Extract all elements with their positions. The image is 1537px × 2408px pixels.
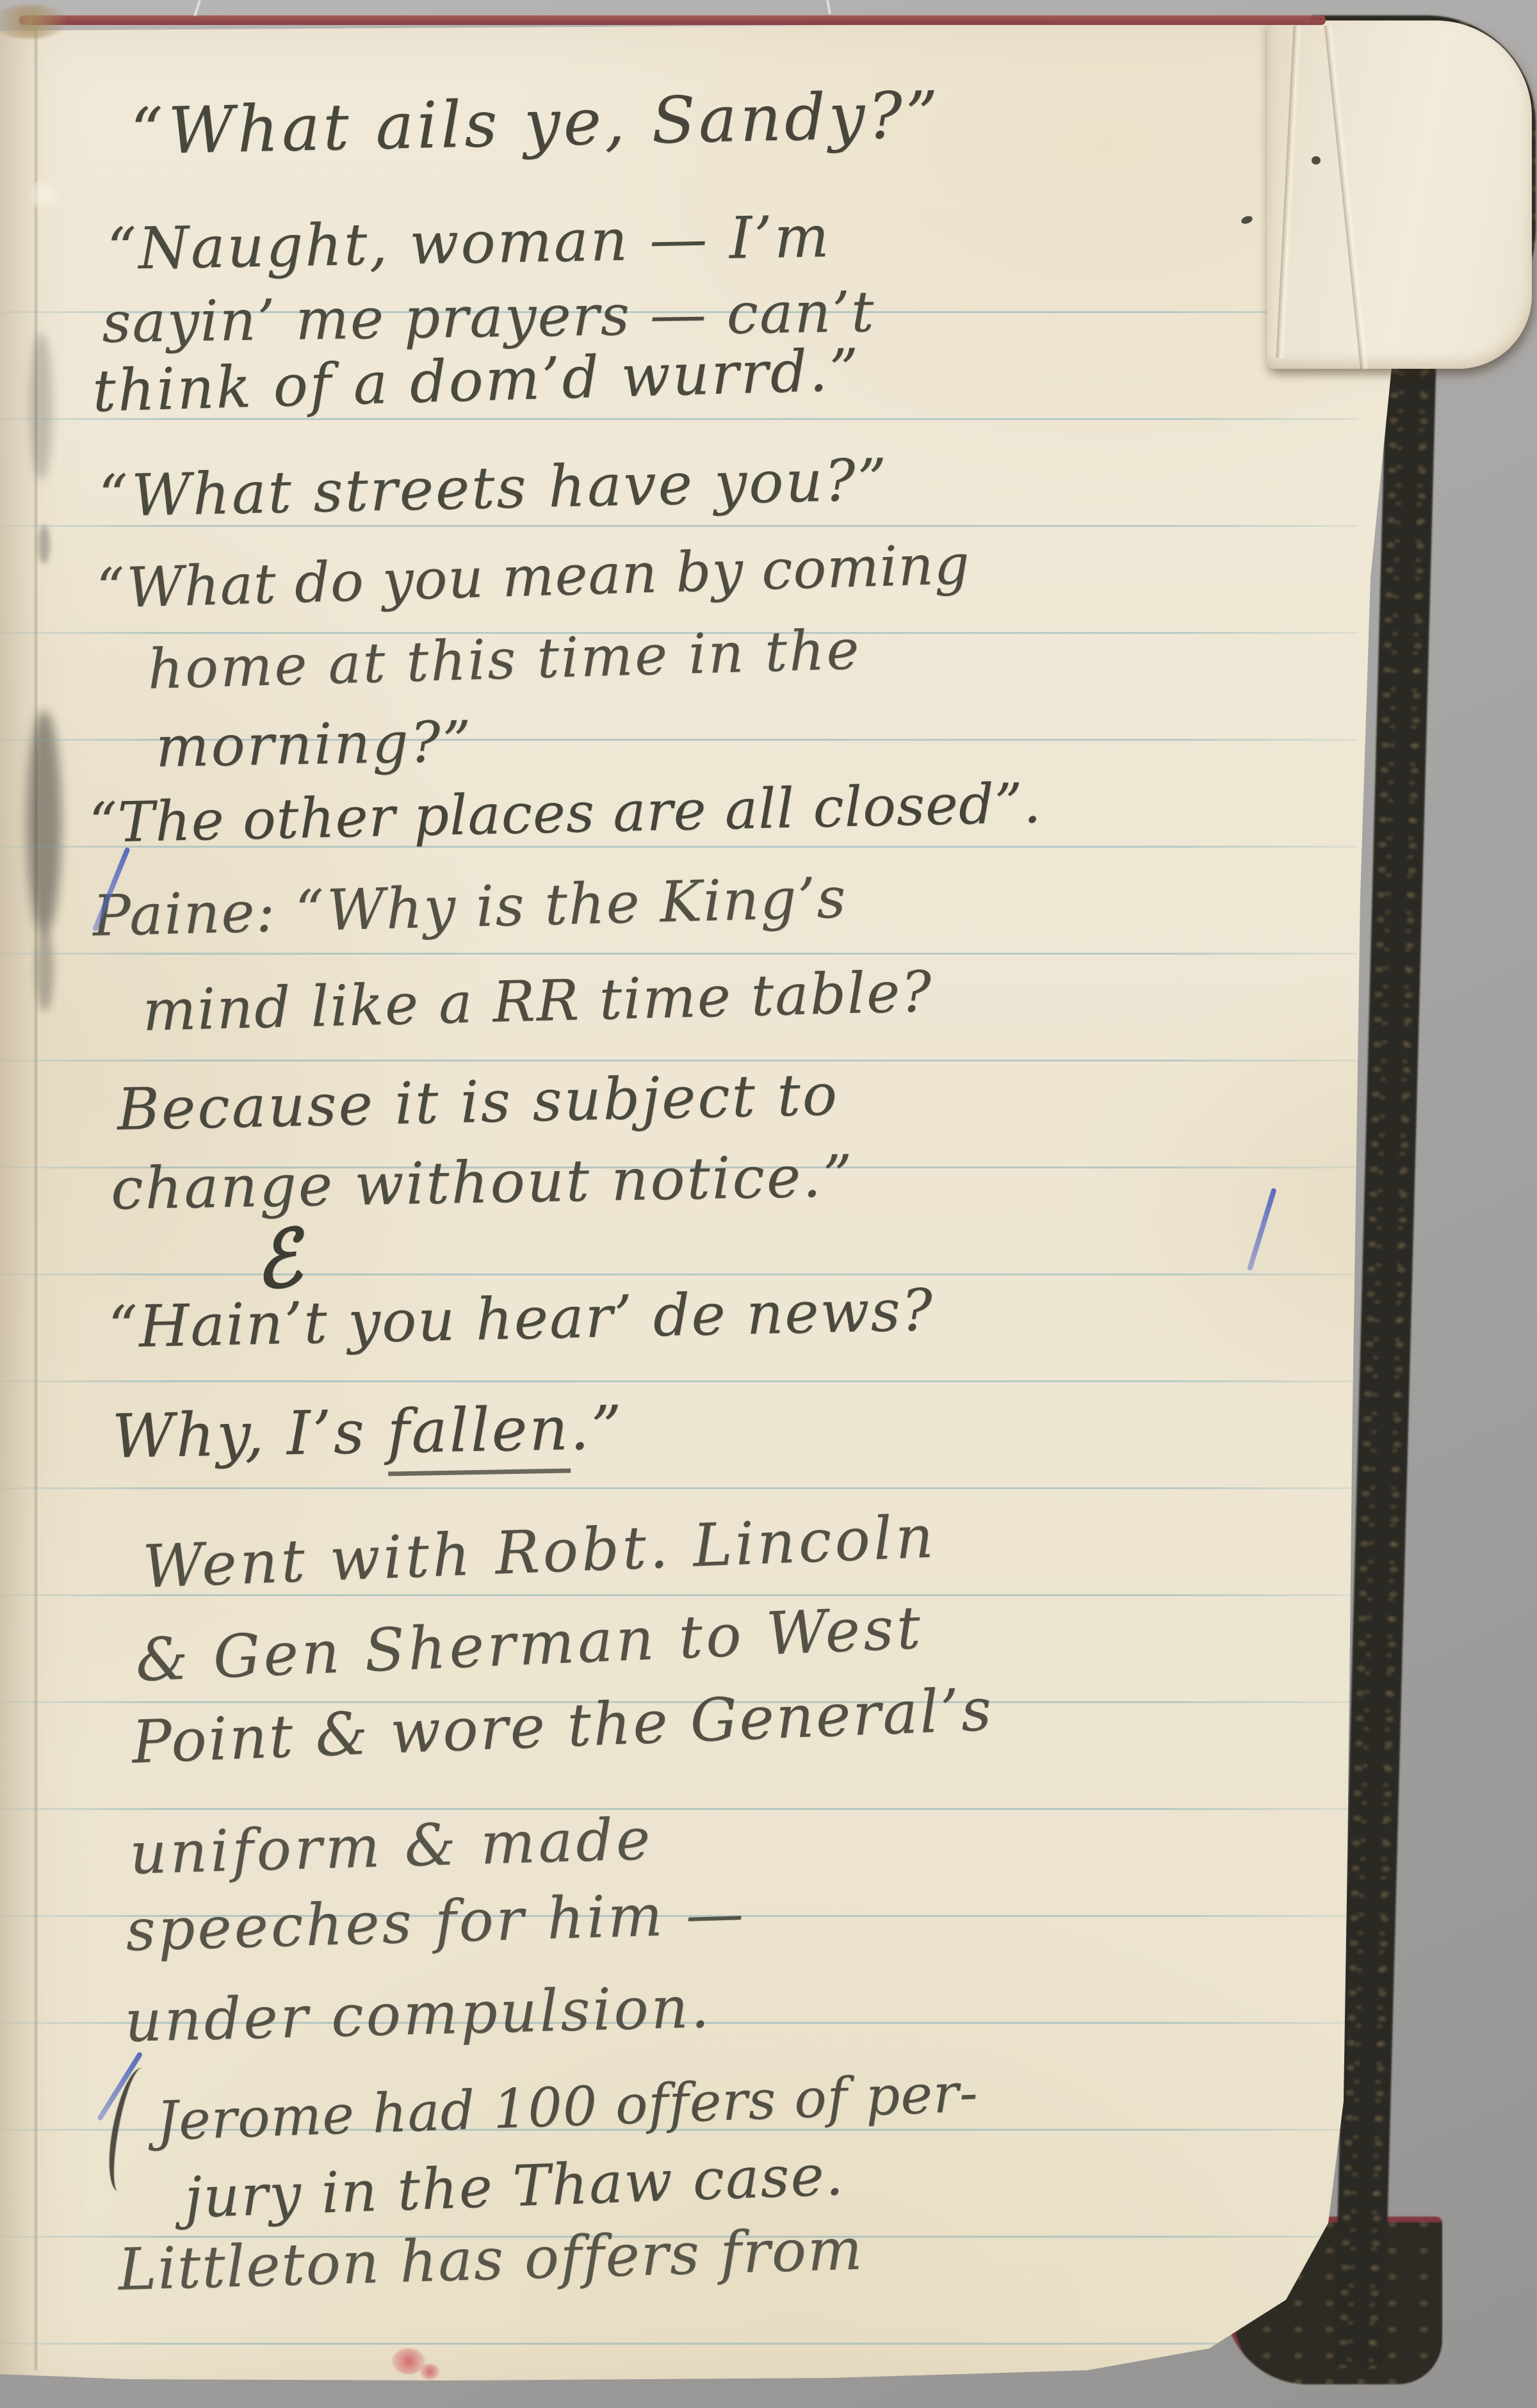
handwriting-line: speeches for him — xyxy=(125,1882,747,1964)
ruled-line xyxy=(1,1487,1358,1489)
text-fragment: .” xyxy=(569,1393,624,1464)
blue-pencil-slash xyxy=(1247,1188,1277,1271)
ruled-line xyxy=(1,1060,1358,1062)
edge-smudge xyxy=(36,928,54,1012)
handwriting-line: “What streets have you?” xyxy=(98,448,890,529)
text-fragment: Why, I’s xyxy=(111,1398,388,1472)
handwriting-line: change without notice.” xyxy=(110,1145,854,1222)
handwriting-line: Why, I’s fallen.” xyxy=(111,1394,624,1471)
edge-smudge xyxy=(38,525,50,563)
handwriting-line: Paine: “Why is the King’s xyxy=(92,866,848,948)
ink-speck xyxy=(1240,214,1254,225)
backdrop-scratch xyxy=(193,0,201,17)
ruled-line xyxy=(1,1808,1358,1810)
ruled-line xyxy=(1,2343,1358,2345)
handwriting-line: uniform & made xyxy=(129,1807,654,1887)
handwriting-line: “Naught, woman — I’m xyxy=(106,205,831,282)
handwriting-line: under compulsion. xyxy=(124,1976,713,2055)
underlined-word: fallen xyxy=(387,1394,571,1476)
handwriting-line: morning?” xyxy=(155,710,473,779)
handwriting-line: & Gen Sherman to West xyxy=(134,1595,925,1693)
edge-smudge xyxy=(27,711,61,935)
handwriting-line: “What ails ye, Sandy?” xyxy=(130,79,942,168)
handwriting-line: “Hain’t you hear’ de news? xyxy=(108,1279,934,1361)
handwriting-line: “What do you mean by coming xyxy=(95,534,971,620)
ink-speck xyxy=(1312,156,1321,165)
handwriting-line: Point & wore the General’s xyxy=(131,1676,995,1775)
edge-smudge xyxy=(29,333,53,480)
torn-page-stub xyxy=(1267,20,1532,369)
handwriting-line: Because it is subject to xyxy=(117,1063,840,1142)
stub-crease xyxy=(1276,26,1302,359)
red-stain xyxy=(420,2364,439,2379)
stub-crease xyxy=(1324,25,1369,370)
ruled-line xyxy=(1,1380,1358,1382)
handwriting-line: Jerome had 100 offers of per- xyxy=(156,2062,979,2151)
handwriting-line: Went with Robt. Lincoln xyxy=(142,1503,938,1600)
handwriting-line: mind like a RR time table? xyxy=(142,960,934,1043)
scanned-notebook-photo: { "scan": { "colors": { "background_gray… xyxy=(0,0,1537,2408)
ruled-line xyxy=(1,1273,1358,1275)
handwriting-line: jury in the Thaw case. xyxy=(184,2144,846,2229)
book-top-edge xyxy=(19,15,1326,25)
paper-blemish xyxy=(31,178,59,211)
ruled-line xyxy=(1,953,1358,955)
handwriting-line: “The other places are all closed”. xyxy=(88,773,1042,854)
handwriting-line: Littleton has offers from xyxy=(117,2218,864,2303)
backdrop-scratch xyxy=(826,0,831,14)
